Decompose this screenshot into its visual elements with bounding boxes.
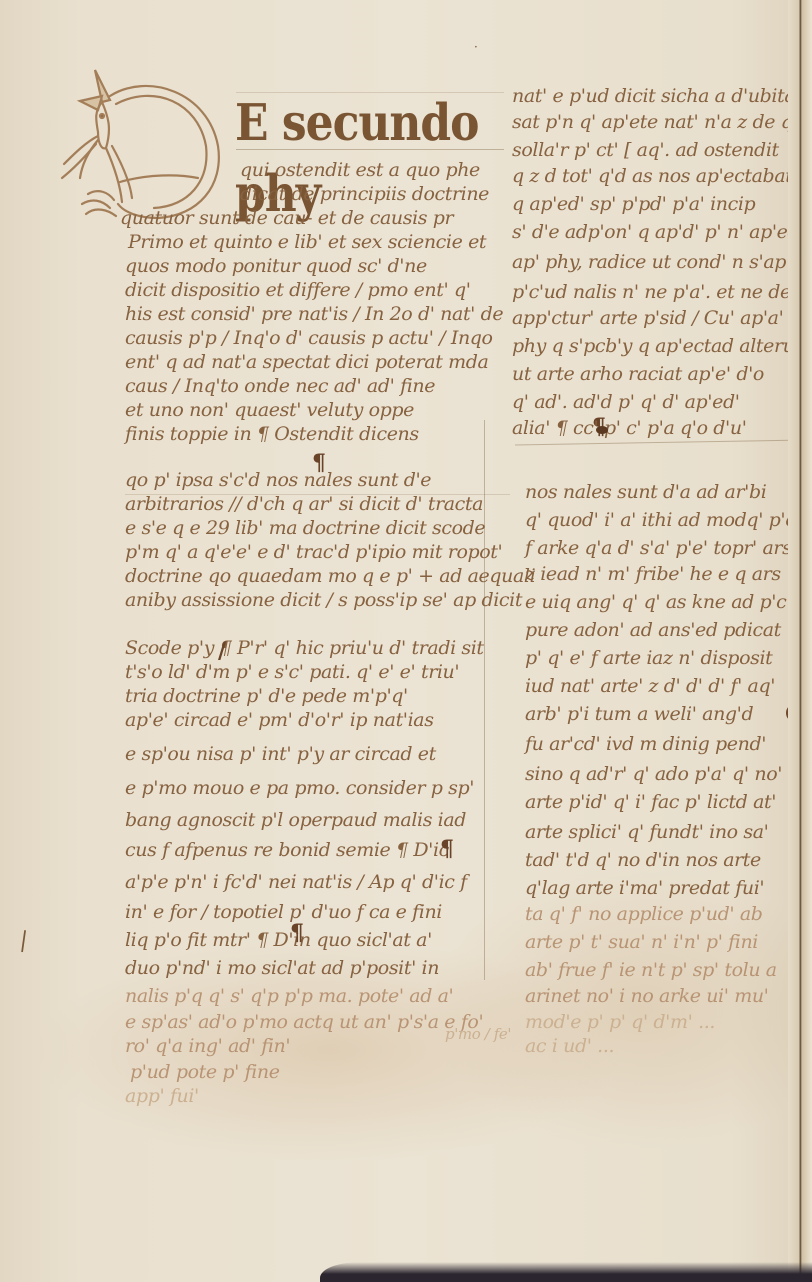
- text-line: qui ostendit est a quo phe: [240, 158, 480, 182]
- text-line: qo p' ipsa s'c'd nos nales sunt d'e: [125, 468, 431, 492]
- text-line: app'ctur' arte p'sid / Cu' ap'a' p': [512, 306, 806, 330]
- text-line: doctrine qo quaedam mo q e p' + ad aequa…: [125, 564, 535, 588]
- text-line: ap' phy, radice ut cond' n s'ap: [512, 250, 786, 274]
- text-line: arte splici' q' fundt' ino sa': [525, 820, 768, 844]
- text-line: q'lag arte i'ma' predat fui': [525, 876, 764, 900]
- book-gutter: [788, 0, 812, 1282]
- text-line: nalis p'q q' s' q'p p'p ma. pote' ad a': [125, 984, 453, 1008]
- text-line: dicat de principiis doctrine: [240, 182, 489, 206]
- text-line: alia' ¶ cc' p' c' p'a q'o d'u': [512, 416, 747, 440]
- text-line: app' fui': [125, 1084, 199, 1108]
- text-line: p' q' e' f arte iaz n' disposit: [525, 646, 772, 670]
- text-line: z iead n' m' fribe' he e q ars: [525, 562, 781, 586]
- left-margin-mark: |: [18, 928, 29, 954]
- text-line: f arke q'a d' s'a' p'e' topr' ars: [525, 536, 791, 560]
- text-line: Scode p'y ¶ P'r' q' hic priu'u d' tradi …: [125, 636, 484, 660]
- text-line: ac i ud' ...: [525, 1034, 614, 1058]
- text-line: arb' p'i tum a weli' ang'd: [525, 702, 753, 726]
- paragraph-mark-icon: /: [218, 638, 226, 664]
- text-line: e uiq ang' q' q' as kne ad p'c: [525, 590, 786, 614]
- text-line: arinet no' i no arke ui' mu': [525, 984, 768, 1008]
- text-line: phy q s'pcb'y q ap'ectad alteru': [512, 334, 799, 358]
- ink-blot: [596, 426, 608, 434]
- text-line: sino q ad'r' q' ado p'a' q' no': [525, 762, 782, 786]
- text-line: liq p'o fit mtr' ¶ D'in quo sicl'at a': [125, 928, 432, 952]
- text-line: nat' e p'ud dicit sicha a d'ubitat: [512, 84, 803, 108]
- page-bottom-shadow: [320, 1262, 812, 1282]
- text-line: nos nales sunt d'a ad ar'bi: [525, 480, 766, 504]
- text-line: ent' q ad nat'a spectat dici poterat mda: [125, 350, 488, 374]
- text-line: ta q' f' no applice p'ud' ab: [525, 902, 763, 926]
- text-line: solla'r p' ct' [ aq'. ad ostendit: [512, 138, 779, 162]
- manuscript-page: E secundo phy qui ostendit est a quo phe…: [0, 0, 812, 1282]
- text-line: cus f afpenus re bonid semie ¶ D'ic: [125, 838, 449, 862]
- text-line: p'ud pote p' fine: [130, 1060, 280, 1084]
- paragraph-mark-icon: ¶: [312, 450, 326, 476]
- text-line: q z d tot' q'd as nos ap'ectabat: [512, 164, 793, 188]
- text-line: Primo et quinto e lib' et sex sciencie e…: [128, 230, 486, 254]
- section-heading: E secundo phy: [235, 88, 505, 159]
- creature-initial-icon: [58, 66, 233, 226]
- text-line: finis toppie in ¶ Ostendit dicens: [125, 422, 419, 446]
- text-line: tria doctrine p' d'e pede m'p'q': [125, 684, 408, 708]
- text-line: q' ad'. ad'd p' q' d' ap'ed': [512, 390, 740, 414]
- text-line: his est consid' pre nat'is / In 2o d' na…: [125, 302, 503, 326]
- text-line: in' e for / topotiel p' d'uo f ca e fini: [125, 900, 442, 924]
- text-line: ab' frue f' ie n't p' sp' tolu a: [525, 958, 777, 982]
- text-line: q' quod' i' a' ithi ad modq' p'o quo: [525, 508, 812, 532]
- paragraph-mark-icon: ¶: [440, 836, 454, 862]
- text-line: ro' q'a ing' ad' fin': [125, 1034, 290, 1058]
- text-line: caus / Inq'to onde nec ad' ad' fine: [125, 374, 435, 398]
- text-line: quatuor sunt de cau- et de causis pr: [120, 206, 453, 230]
- text-line: e p'mo mouo e pa pmo. consider p sp': [125, 776, 474, 800]
- text-line: tad' t'd q' no d'in nos arte: [525, 848, 761, 872]
- text-line: arte p' t' sua' n' i'n' p' fini: [525, 930, 758, 954]
- right-column-separator-rule: [515, 439, 805, 445]
- text-line: bang agnoscit p'l operpaud malis iad: [125, 808, 466, 832]
- text-line: quos modo ponitur quod sc' d'ne: [125, 254, 427, 278]
- text-line: duo p'nd' i mo sicl'at ad p'posit' in: [125, 956, 439, 980]
- text-line: et uno non' quaest' veluty oppe: [125, 398, 414, 422]
- text-line: ap'e' circad e' pm' d'o'r' ip nat'ias: [125, 708, 434, 732]
- text-line: q ap'ed' sp' p'pd' p'a' incip: [512, 192, 755, 216]
- text-line: fu ar'cd' ivd m dinig pend': [525, 732, 766, 756]
- text-line: arte p'id' q' i' fac p' lictd at': [525, 790, 776, 814]
- text-line: e s'e q e 29 lib' ma doctrine dicit scod…: [125, 516, 485, 540]
- text-line: dicit dispositio et differe / pmo ent' q…: [125, 278, 471, 302]
- text-line: pure adon' ad ans'ed pdicat: [525, 618, 781, 642]
- text-line: mod'e p' p' q' d'm' ...: [525, 1010, 715, 1034]
- text-line: sat p'n q' ap'ete nat' n'a z de q': [512, 110, 797, 134]
- text-line: aniby assissione dicit / s poss'ip se' a…: [125, 588, 522, 612]
- top-center-dot: ·: [474, 40, 478, 54]
- text-line: p'c'ud nalis n' ne p'a'. et ne de: [512, 280, 791, 304]
- paragraph-mark-icon: ¶: [290, 920, 304, 946]
- text-line: p'm q' a q'e'e' e d' trac'd p'ipio mit r…: [125, 540, 502, 564]
- left-column-right-bound: [484, 420, 485, 980]
- text-line: e sp'ou nisa p' int' p'y ar circad et: [125, 742, 436, 766]
- text-line: arbitrarios // d'ch q ar' si dicit d' tr…: [125, 492, 483, 516]
- text-line: causis p'p / Inq'o d' causis p actu' / I…: [125, 326, 493, 350]
- margin-note: p'mo / fe': [445, 1022, 511, 1046]
- text-line: ut arte arho raciat ap'e' d'o: [512, 362, 764, 386]
- text-line: iud nat' arte' z d' d' d' f' aq': [525, 674, 775, 698]
- text-line: t's'o ld' d'm p' e s'c' pati. q' e' e' t…: [125, 660, 459, 684]
- text-line: s' d'e adp'on' q ap'd' p' n' ap'ed: [512, 220, 799, 244]
- text-line: a'p'e p'n' i fc'd' nei nat'is / Ap q' d'…: [125, 870, 467, 894]
- text-line: e sp'as' ad'o p'mo actq ut an' p's'a e f…: [125, 1010, 483, 1034]
